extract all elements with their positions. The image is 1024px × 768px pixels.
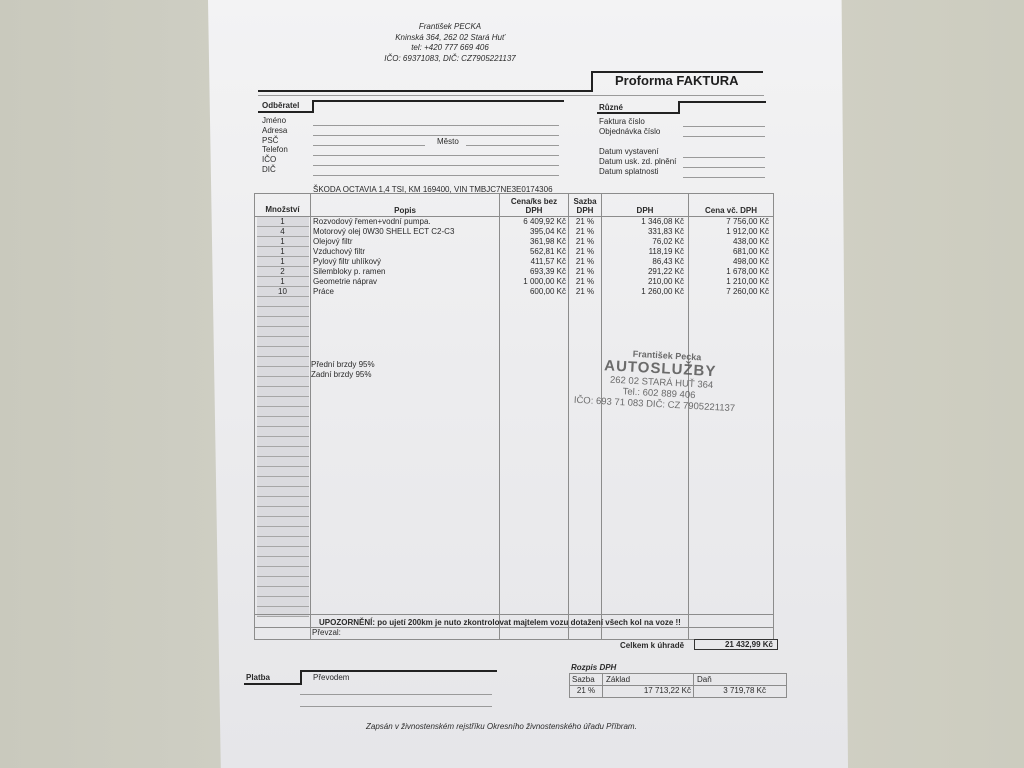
qty-cell (257, 307, 309, 317)
note-front-brakes: Přední brzdy 95% (311, 360, 375, 370)
row-qty: 1 (255, 217, 310, 227)
customer-heading-rule (258, 111, 313, 113)
field-line-dic[interactable] (313, 175, 559, 176)
table-row: 1Olejový filtr361,98 Kč21 %76,02 Kč438,0… (255, 237, 773, 247)
row-description: Geometrie náprav (313, 277, 499, 287)
row-unit-price: 562,81 Kč (500, 247, 566, 257)
header-vat-rate-line1: Sazba (569, 197, 601, 206)
label-faktura-cislo: Faktura číslo (599, 117, 676, 127)
qty-cell (257, 377, 309, 387)
header-vat-rate-line2: DPH (569, 206, 601, 215)
row-description: Vzduchový filtr (313, 247, 499, 257)
issuer-ids: IČO: 69371083, DIČ: CZ7905221137 (330, 54, 570, 65)
qty-cell (257, 317, 309, 327)
row-description: Motorový olej 0W30 SHELL ECT C2-C3 (313, 227, 499, 237)
header-total: Cena vč. DPH (689, 206, 773, 216)
issuer-name: František PECKA (330, 22, 570, 33)
divider (258, 95, 764, 96)
row-vat-rate: 21 % (569, 237, 601, 247)
qty-cell (257, 417, 309, 427)
row-unit-price: 600,00 Kč (500, 287, 566, 297)
label-adresa: Adresa (262, 126, 288, 136)
row-vat: 76,02 Kč (602, 237, 684, 247)
header-unit-price: Cena/ks bez DPH (500, 197, 568, 215)
row-vat-rate: 21 % (569, 267, 601, 277)
vat-breakdown-table: Sazba Základ Daň 21 % 17 713,22 Kč 3 719… (569, 673, 787, 698)
title-rule-left (258, 90, 592, 92)
row-vat-rate: 21 % (569, 287, 601, 297)
row-vat-rate: 21 % (569, 217, 601, 227)
payment-method: Převodem (313, 673, 349, 683)
row-total: 438,00 Kč (689, 237, 769, 247)
row-vat-rate: 21 % (569, 277, 601, 287)
customer-field-labels: Jméno Adresa PSČ Telefon IČO DIČ (262, 116, 288, 175)
vat-header-tax: Daň (697, 675, 712, 685)
customer-heading: Odběratel (262, 101, 299, 111)
row-vat: 118,19 Kč (602, 247, 684, 257)
row-total: 681,00 Kč (689, 247, 769, 257)
label-ico: IČO (262, 155, 288, 165)
row-qty: 1 (255, 247, 310, 257)
footer-registration: Zapsán v živnostenském rejstříku Okresní… (366, 722, 637, 732)
payment-heading-rule (244, 683, 301, 685)
qty-cell (257, 557, 309, 567)
qty-cell (257, 477, 309, 487)
city-label: Město (437, 137, 459, 147)
qty-cell (257, 467, 309, 477)
row-qty: 1 (255, 277, 310, 287)
vat-base-value: 17 713,22 Kč (603, 686, 691, 696)
row-total: 1 210,00 Kč (689, 277, 769, 287)
table-row: 1Pylový filtr uhlíkový411,57 Kč21 %86,43… (255, 257, 773, 267)
row-qty: 4 (255, 227, 310, 237)
label-datum-plneni: Datum usk. zd. plnění (599, 157, 676, 167)
vat-header-rate: Sazba (572, 675, 595, 685)
header-vat: DPH (602, 206, 688, 216)
qty-cell (257, 517, 309, 527)
label-jmeno: Jméno (262, 116, 288, 126)
table-row: 10Práce600,00 Kč21 %1 260,00 Kč7 260,00 … (255, 287, 773, 297)
row-vat: 210,00 Kč (602, 277, 684, 287)
company-stamp: František Pecka AUTOSLUŽBY 262 02 STARÁ … (574, 346, 738, 414)
total-value: 21 432,99 Kč (694, 639, 778, 650)
row-description: Práce (313, 287, 499, 297)
total-label: Celkem k úhradě (620, 641, 684, 651)
row-unit-price: 411,57 Kč (500, 257, 566, 267)
row-unit-price: 1 000,00 Kč (500, 277, 566, 287)
vat-tax-value: 3 719,78 Kč (694, 686, 766, 696)
qty-cell (257, 387, 309, 397)
qty-cell (257, 357, 309, 367)
row-description: Silembloky p. ramen (313, 267, 499, 277)
payment-line[interactable] (300, 706, 492, 707)
items-table: Množství Popis Cena/ks bez DPH Sazba DPH… (254, 193, 774, 640)
label-datum-splatnosti: Datum splatnosti (599, 167, 676, 177)
qty-cell (257, 587, 309, 597)
qty-cell (257, 437, 309, 447)
field-line-telefon[interactable] (313, 155, 559, 156)
field-line-psc[interactable] (313, 145, 425, 146)
row-vat-rate: 21 % (569, 227, 601, 237)
issuer-block: František PECKA Kninská 364, 262 02 Star… (330, 22, 570, 64)
row-vat: 331,83 Kč (602, 227, 684, 237)
row-total: 1 912,00 Kč (689, 227, 769, 237)
note-rear-brakes: Zadní brzdy 95% (311, 370, 375, 380)
row-total: 7 756,00 Kč (689, 217, 769, 227)
qty-cell (257, 407, 309, 417)
qty-cell (257, 607, 309, 617)
vat-header-base: Základ (606, 675, 630, 685)
payment-heading: Platba (246, 673, 270, 683)
row-qty: 1 (255, 257, 310, 267)
issuer-phone: tel: +420 777 669 406 (330, 43, 570, 54)
field-line-jmeno[interactable] (313, 125, 559, 126)
payment-top-rule (300, 670, 497, 672)
row-vat: 291,22 Kč (602, 267, 684, 277)
table-row: 1Geometrie náprav1 000,00 Kč21 %210,00 K… (255, 277, 773, 287)
table-row: 1Rozvodový řemen+vodní pumpa.6 409,92 Kč… (255, 217, 773, 227)
qty-cell (257, 297, 309, 307)
field-line-ico[interactable] (313, 165, 559, 166)
issuer-address: Kninská 364, 262 02 Stará Huť (330, 33, 570, 44)
row-unit-price: 693,39 Kč (500, 267, 566, 277)
misc-heading-step (678, 102, 680, 114)
row-total: 498,00 Kč (689, 257, 769, 267)
field-line-objednavka[interactable] (683, 136, 765, 137)
qty-cell (257, 397, 309, 407)
payment-heading-step (300, 671, 302, 685)
qty-cell (257, 337, 309, 347)
header-unit-price-line1: Cena/ks bez (500, 197, 568, 206)
qty-cell (257, 537, 309, 547)
header-qty: Množství (255, 205, 310, 215)
field-line-mesto[interactable] (466, 145, 559, 146)
field-line-plneni[interactable] (683, 167, 765, 168)
row-qty: 2 (255, 267, 310, 277)
qty-cell (257, 567, 309, 577)
row-vat-rate: 21 % (569, 247, 601, 257)
qty-cell (257, 427, 309, 437)
qty-cell (257, 457, 309, 467)
row-vat: 1 346,08 Kč (602, 217, 684, 227)
qty-cell (257, 327, 309, 337)
vat-breakdown-title: Rozpis DPH (571, 663, 616, 673)
customer-heading-step (312, 101, 314, 113)
document-title: Proforma FAKTURA (615, 73, 739, 88)
row-qty: 1 (255, 237, 310, 247)
row-unit-price: 6 409,92 Kč (500, 217, 566, 227)
title-rule-step (591, 72, 593, 92)
misc-heading-rule (597, 112, 679, 114)
notes: Přední brzdy 95% Zadní brzdy 95% (311, 360, 375, 379)
row-vat: 86,43 Kč (602, 257, 684, 267)
row-description: Pylový filtr uhlíkový (313, 257, 499, 267)
received-label: Převzal: (312, 628, 341, 638)
warning-top-rule (255, 614, 773, 615)
row-total: 7 260,00 Kč (689, 287, 769, 297)
qty-cell (257, 447, 309, 457)
label-datum-vystaveni: Datum vystavení (599, 147, 676, 157)
customer-top-rule (312, 100, 564, 102)
qty-cell (257, 497, 309, 507)
row-unit-price: 361,98 Kč (500, 237, 566, 247)
label-telefon: Telefon (262, 145, 288, 155)
qty-cell (257, 347, 309, 357)
qty-cell (257, 527, 309, 537)
label-psc: PSČ (262, 136, 288, 146)
table-row: 1Vzduchový filtr562,81 Kč21 %118,19 Kč68… (255, 247, 773, 257)
row-qty: 10 (255, 287, 310, 297)
row-description: Olejový filtr (313, 237, 499, 247)
field-line-adresa[interactable] (313, 135, 559, 136)
qty-cell (257, 597, 309, 607)
field-line-splatnosti[interactable] (683, 177, 765, 178)
vat-rate-value: 21 % (570, 686, 602, 696)
qty-cell (257, 547, 309, 557)
header-desc: Popis (311, 206, 499, 216)
qty-cell (257, 487, 309, 497)
header-vat-rate: Sazba DPH (569, 197, 601, 215)
row-vat-rate: 21 % (569, 257, 601, 267)
qty-cell (257, 577, 309, 587)
misc-top-rule (678, 101, 766, 103)
misc-field-labels: Faktura číslo Objednávka číslo Datum vys… (599, 117, 676, 177)
qty-cell (257, 507, 309, 517)
label-dic: DIČ (262, 165, 288, 175)
label-objednavka-cislo: Objednávka číslo (599, 127, 676, 137)
payment-line[interactable] (300, 694, 492, 695)
row-unit-price: 395,04 Kč (500, 227, 566, 237)
header-unit-price-line2: DPH (500, 206, 568, 215)
row-total: 1 678,00 Kč (689, 267, 769, 277)
row-description: Rozvodový řemen+vodní pumpa. (313, 217, 499, 227)
field-line-faktura[interactable] (683, 126, 765, 127)
row-vat: 1 260,00 Kč (602, 287, 684, 297)
table-row: 2Silembloky p. ramen693,39 Kč21 %291,22 … (255, 267, 773, 277)
qty-cell (257, 367, 309, 377)
field-line-vystaveni[interactable] (683, 157, 765, 158)
table-row: 4Motorový olej 0W30 SHELL ECT C2-C3395,0… (255, 227, 773, 237)
